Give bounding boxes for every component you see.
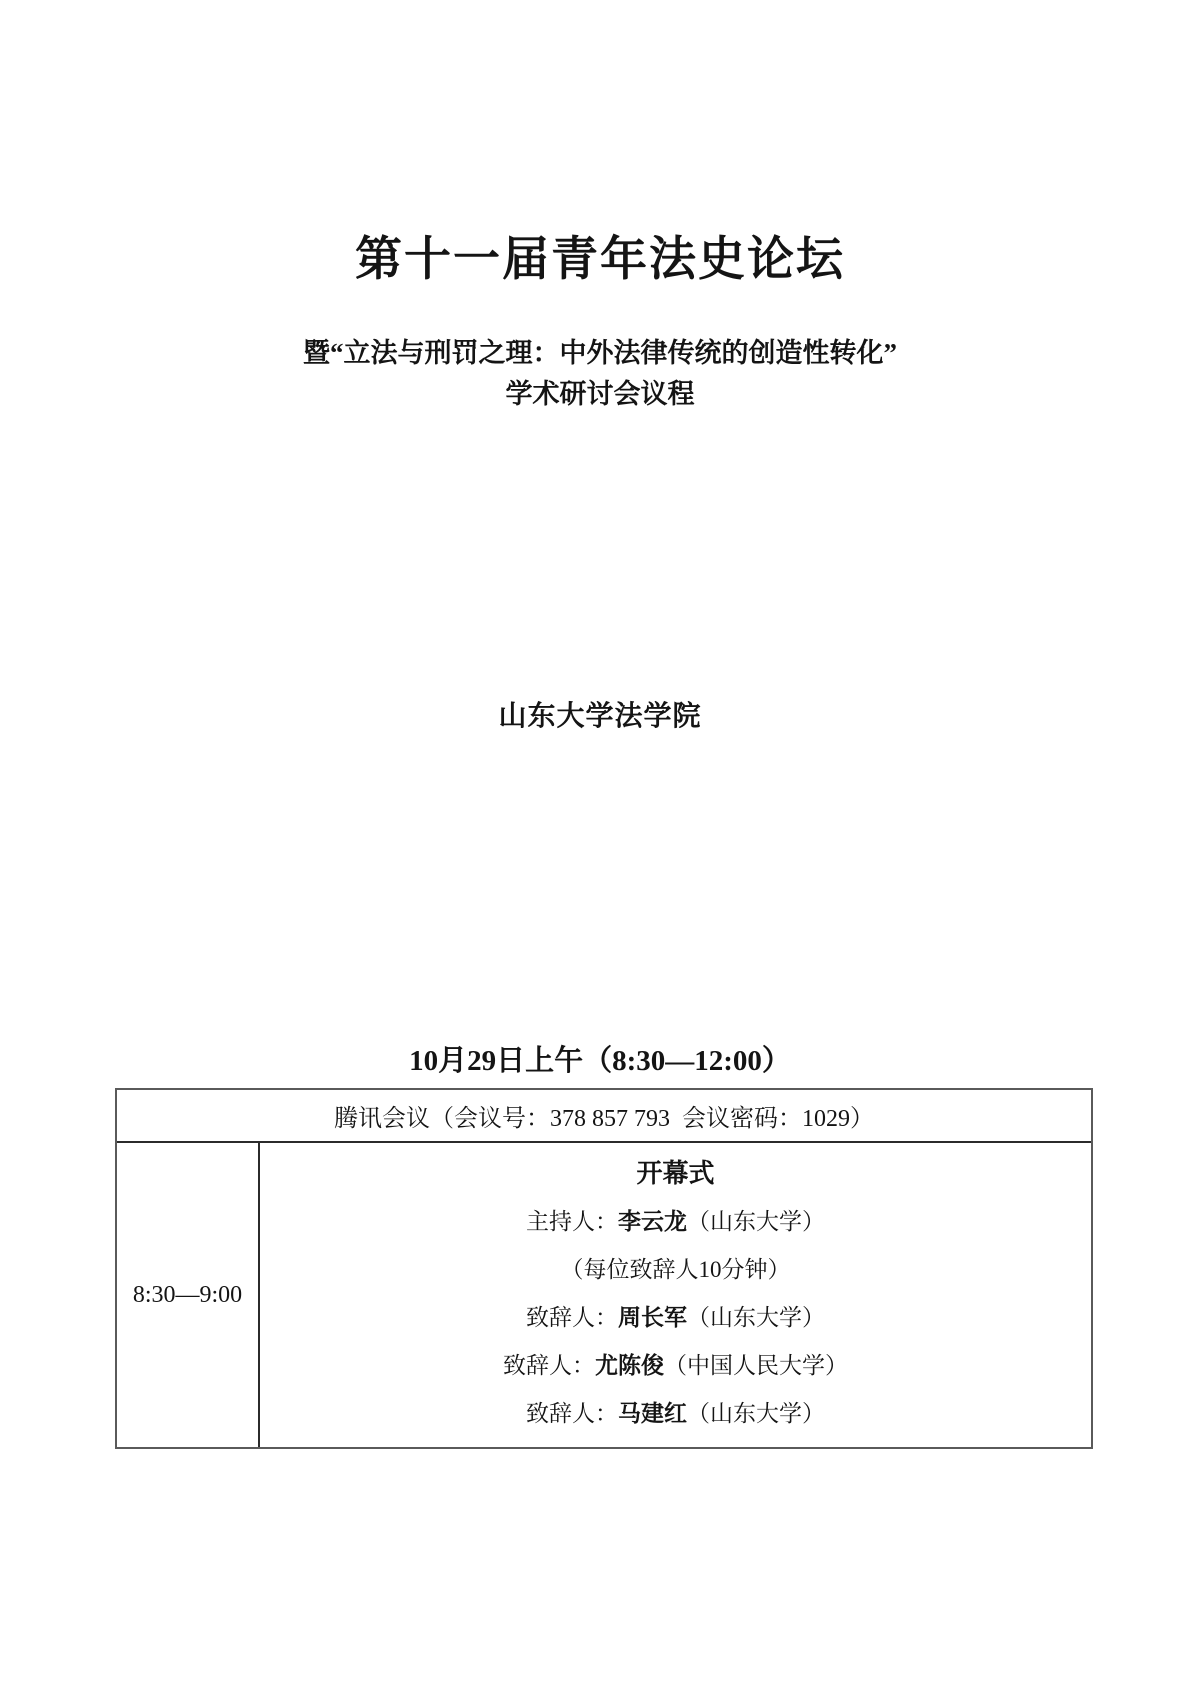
organizer-name: 山东大学法学院 — [0, 694, 1200, 734]
host-affiliation: （山东大学） — [687, 1209, 825, 1234]
host-name: 李云龙 — [618, 1209, 687, 1234]
speaker-name: 周长军 — [618, 1305, 687, 1330]
session-date-heading: 10月29日上午（8:30—12:00） — [0, 1038, 1200, 1079]
speech-duration-note: （每位致辞人10分钟） — [561, 1257, 791, 1282]
opening-ceremony-row: 8:30—9:00 开幕式 主持人：李云龙（山东大学） （每位致辞人10分钟） … — [117, 1143, 1091, 1447]
speaker-name: 马建红 — [618, 1401, 687, 1426]
speaker-line: 致辞人：马建红（山东大学） — [260, 1390, 1091, 1438]
time-slot-label: 8:30—9:00 — [133, 1282, 242, 1309]
speaker-name: 尤陈俊 — [595, 1353, 664, 1378]
duration-note-line: （每位致辞人10分钟） — [260, 1246, 1091, 1294]
speaker-label: 致辞人： — [526, 1305, 618, 1330]
speaker-affiliation: （山东大学） — [687, 1401, 825, 1426]
time-cell: 8:30—9:00 — [117, 1143, 260, 1447]
ceremony-title: 开幕式 — [260, 1150, 1091, 1198]
page-title: 第十一届青年法史论坛 — [0, 222, 1200, 289]
meeting-info-row: 腾讯会议（会议号：378 857 793 会议密码：1029） — [117, 1090, 1091, 1143]
document-page: 第十一届青年法史论坛 暨“立法与刑罚之理：中外法律传统的创造性转化” 学术研讨会… — [0, 0, 1200, 1696]
meeting-info-text: 腾讯会议（会议号：378 857 793 会议密码：1029） — [334, 1098, 874, 1133]
host-label: 主持人： — [526, 1209, 618, 1234]
subtitle-line-1: 暨“立法与刑罚之理：中外法律传统的创造性转化” — [0, 333, 1200, 374]
speaker-affiliation: （山东大学） — [687, 1305, 825, 1330]
speaker-line: 致辞人：尤陈俊（中国人民大学） — [260, 1342, 1091, 1390]
speaker-affiliation: （中国人民大学） — [664, 1353, 848, 1378]
conference-subtitle: 暨“立法与刑罚之理：中外法律传统的创造性转化” 学术研讨会议程 — [0, 333, 1200, 415]
speaker-label: 致辞人： — [503, 1353, 595, 1378]
speaker-label: 致辞人： — [526, 1401, 618, 1426]
session-content-cell: 开幕式 主持人：李云龙（山东大学） （每位致辞人10分钟） 致辞人：周长军（山东… — [260, 1143, 1091, 1447]
schedule-table: 腾讯会议（会议号：378 857 793 会议密码：1029） 8:30—9:0… — [115, 1088, 1093, 1449]
host-line: 主持人：李云龙（山东大学） — [260, 1198, 1091, 1246]
subtitle-line-2: 学术研讨会议程 — [0, 374, 1200, 415]
speaker-line: 致辞人：周长军（山东大学） — [260, 1294, 1091, 1342]
